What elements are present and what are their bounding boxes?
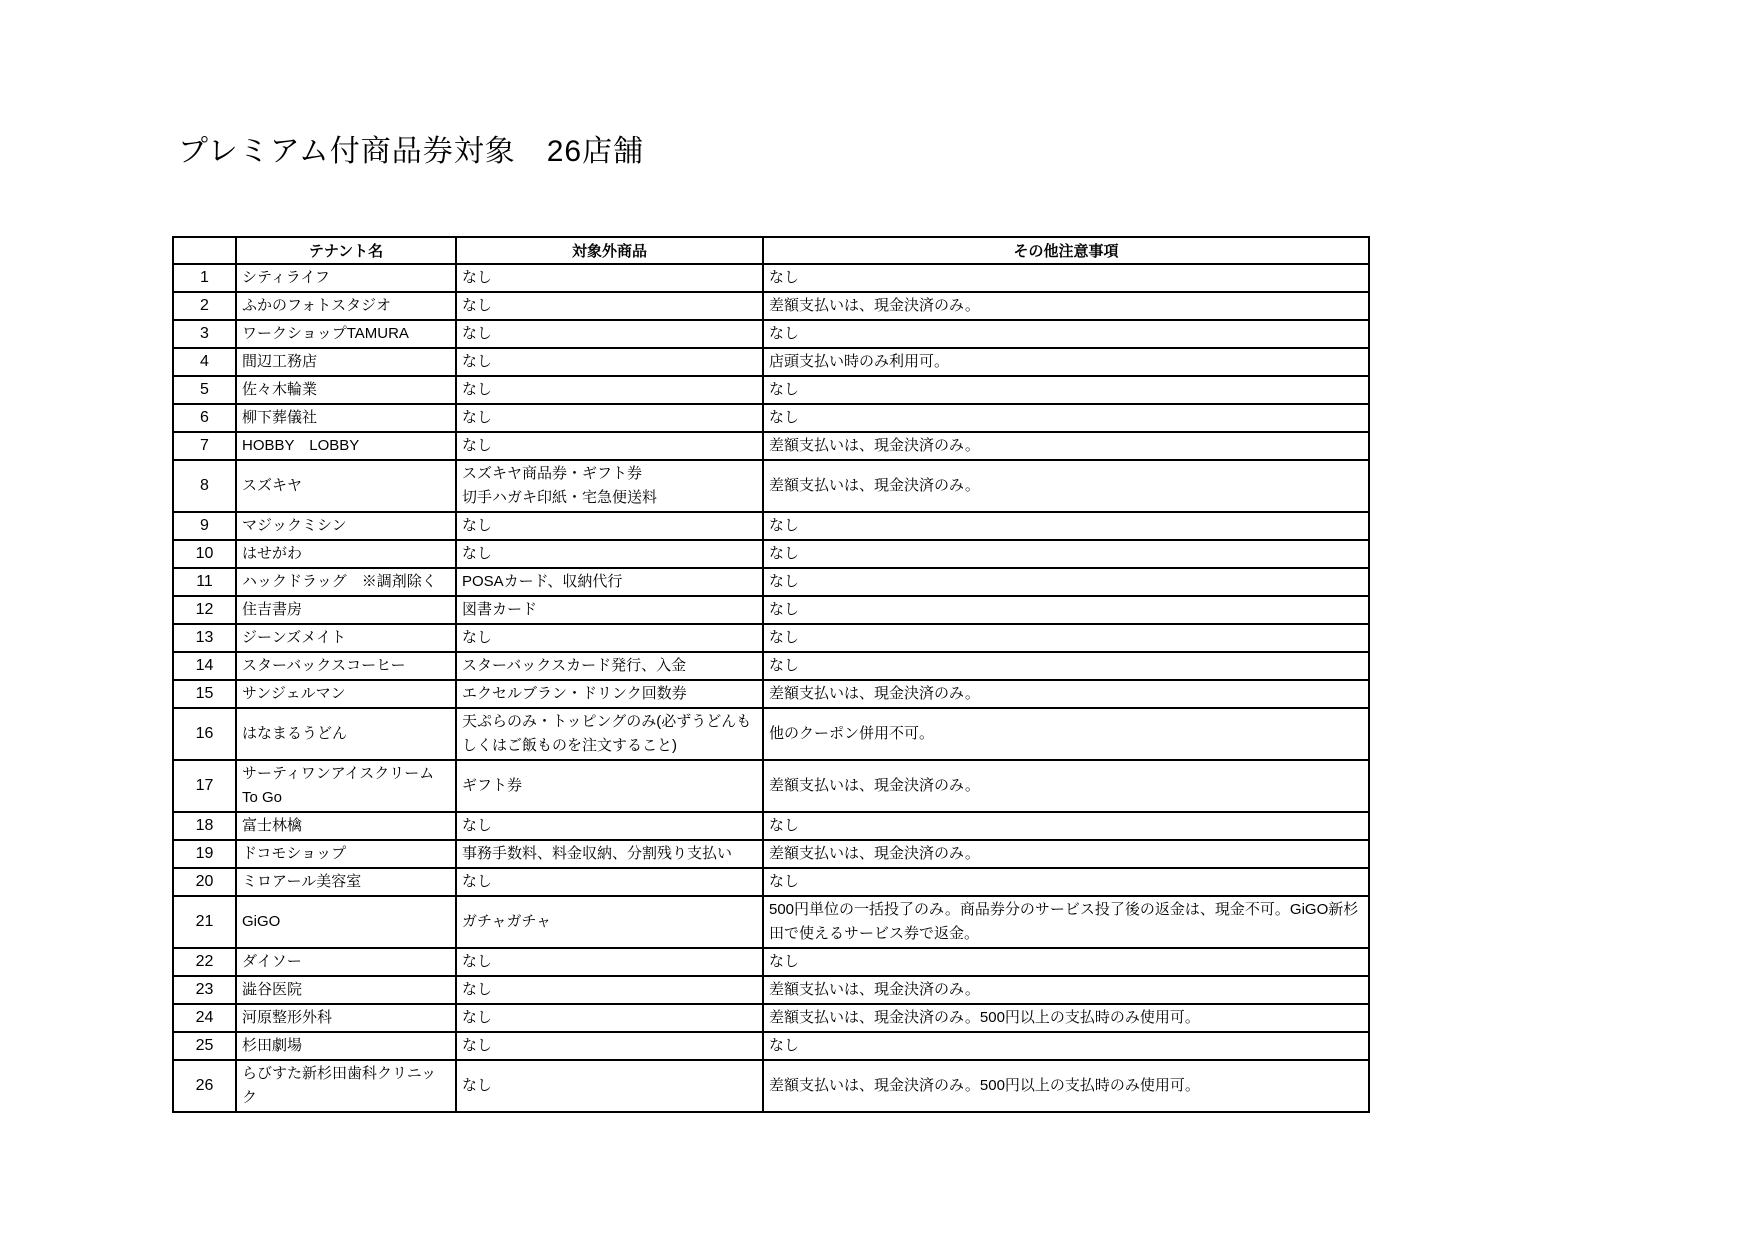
- table-header: テナント名 対象外商品 その他注意事項: [173, 237, 1369, 264]
- table-body: 1 シティライフ なし なし 2 ふかのフォトスタジオ なし 差額支払いは、現金…: [173, 264, 1369, 1112]
- header-tenant-name: テナント名: [236, 237, 456, 264]
- other-notes-cell: なし: [763, 376, 1369, 404]
- table-row: 23 澁谷医院 なし 差額支払いは、現金決済のみ。: [173, 976, 1369, 1004]
- row-number-cell: 24: [173, 1004, 236, 1032]
- table-row: 18 富士林檎 なし なし: [173, 812, 1369, 840]
- other-notes-cell: 店頭支払い時のみ利用可。: [763, 348, 1369, 376]
- tenant-name-cell: はなまるうどん: [236, 708, 456, 760]
- table-row: 13 ジーンズメイト なし なし: [173, 624, 1369, 652]
- row-number-cell: 20: [173, 868, 236, 896]
- table-row: 16 はなまるうどん 天ぷらのみ・トッピングのみ(必ずうどんもしくはご飯ものを注…: [173, 708, 1369, 760]
- table-row: 22 ダイソー なし なし: [173, 948, 1369, 976]
- table-row: 14 スターバックスコーヒー スターバックスカード発行、入金 なし: [173, 652, 1369, 680]
- row-number-cell: 9: [173, 512, 236, 540]
- other-notes-cell: 差額支払いは、現金決済のみ。: [763, 840, 1369, 868]
- table-row: 12 住吉書房 図書カード なし: [173, 596, 1369, 624]
- other-notes-cell: 差額支払いは、現金決済のみ。: [763, 460, 1369, 512]
- excluded-products-cell: なし: [456, 1004, 763, 1032]
- row-number-cell: 5: [173, 376, 236, 404]
- row-number-cell: 2: [173, 292, 236, 320]
- row-number-cell: 11: [173, 568, 236, 596]
- other-notes-cell: なし: [763, 404, 1369, 432]
- excluded-products-cell: なし: [456, 1032, 763, 1060]
- excluded-products-cell: なし: [456, 264, 763, 292]
- table-row: 26 らびすた新杉田歯科クリニック なし 差額支払いは、現金決済のみ。500円以…: [173, 1060, 1369, 1112]
- tenant-name-cell: ミロアール美容室: [236, 868, 456, 896]
- row-number-cell: 17: [173, 760, 236, 812]
- row-number-cell: 8: [173, 460, 236, 512]
- other-notes-cell: なし: [763, 868, 1369, 896]
- tenant-name-cell: ワークショップTAMURA: [236, 320, 456, 348]
- other-notes-cell: 500円単位の一括投了のみ。商品券分のサービス投了後の返金は、現金不可。GiGO…: [763, 896, 1369, 948]
- other-notes-cell: なし: [763, 568, 1369, 596]
- tenant-name-cell: 河原整形外科: [236, 1004, 456, 1032]
- excluded-products-cell: なし: [456, 976, 763, 1004]
- tenant-name-cell: ダイソー: [236, 948, 456, 976]
- table-row: 6 柳下葬儀社 なし なし: [173, 404, 1369, 432]
- tenant-name-cell: ドコモショップ: [236, 840, 456, 868]
- tenant-name-cell: 富士林檎: [236, 812, 456, 840]
- excluded-products-cell: なし: [456, 292, 763, 320]
- row-number-cell: 13: [173, 624, 236, 652]
- other-notes-cell: なし: [763, 320, 1369, 348]
- table-row: 4 間辺工務店 なし 店頭支払い時のみ利用可。: [173, 348, 1369, 376]
- row-number-cell: 14: [173, 652, 236, 680]
- other-notes-cell: 差額支払いは、現金決済のみ。: [763, 432, 1369, 460]
- tenant-name-cell: ジーンズメイト: [236, 624, 456, 652]
- row-number-cell: 4: [173, 348, 236, 376]
- table-row: 25 杉田劇場 なし なし: [173, 1032, 1369, 1060]
- other-notes-cell: なし: [763, 540, 1369, 568]
- tenant-name-cell: ふかのフォトスタジオ: [236, 292, 456, 320]
- row-number-cell: 18: [173, 812, 236, 840]
- table-row: 3 ワークショップTAMURA なし なし: [173, 320, 1369, 348]
- other-notes-cell: 差額支払いは、現金決済のみ。: [763, 760, 1369, 812]
- excluded-products-cell: なし: [456, 948, 763, 976]
- row-number-cell: 12: [173, 596, 236, 624]
- table-row: 11 ハックドラッグ ※調剤除く POSAカード、収納代行 なし: [173, 568, 1369, 596]
- excluded-products-cell: 天ぷらのみ・トッピングのみ(必ずうどんもしくはご飯ものを注文すること): [456, 708, 763, 760]
- row-number-cell: 25: [173, 1032, 236, 1060]
- other-notes-cell: なし: [763, 264, 1369, 292]
- table-row: 10 はせがわ なし なし: [173, 540, 1369, 568]
- row-number-cell: 19: [173, 840, 236, 868]
- table-row: 1 シティライフ なし なし: [173, 264, 1369, 292]
- table-row: 20 ミロアール美容室 なし なし: [173, 868, 1369, 896]
- other-notes-cell: 差額支払いは、現金決済のみ。500円以上の支払時のみ使用可。: [763, 1060, 1369, 1112]
- row-number-cell: 3: [173, 320, 236, 348]
- tenant-name-cell: はせがわ: [236, 540, 456, 568]
- other-notes-cell: 他のクーポン併用不可。: [763, 708, 1369, 760]
- tenant-name-cell: サンジェルマン: [236, 680, 456, 708]
- excluded-products-cell: なし: [456, 812, 763, 840]
- tenant-name-cell: 佐々木輪業: [236, 376, 456, 404]
- excluded-products-cell: スズキヤ商品券・ギフト券 切手ハガキ印紙・宅急便送料: [456, 460, 763, 512]
- document-page: プレミアム付商品券対象 26店舗 テナント名 対象外商品 その他注意事項 1 シ…: [0, 0, 1754, 1240]
- excluded-products-cell: なし: [456, 404, 763, 432]
- other-notes-cell: なし: [763, 596, 1369, 624]
- table-row: 5 佐々木輪業 なし なし: [173, 376, 1369, 404]
- tenant-name-cell: シティライフ: [236, 264, 456, 292]
- table-row: 17 サーティワンアイスクリームTo Go ギフト券 差額支払いは、現金決済のみ…: [173, 760, 1369, 812]
- header-other-notes: その他注意事項: [763, 237, 1369, 264]
- tenant-name-cell: らびすた新杉田歯科クリニック: [236, 1060, 456, 1112]
- excluded-products-cell: なし: [456, 348, 763, 376]
- other-notes-cell: 差額支払いは、現金決済のみ。: [763, 976, 1369, 1004]
- row-number-cell: 22: [173, 948, 236, 976]
- header-excluded-products: 対象外商品: [456, 237, 763, 264]
- table-row: 9 マジックミシン なし なし: [173, 512, 1369, 540]
- row-number-cell: 26: [173, 1060, 236, 1112]
- excluded-products-cell: エクセルブラン・ドリンク回数券: [456, 680, 763, 708]
- tenant-name-cell: マジックミシン: [236, 512, 456, 540]
- other-notes-cell: 差額支払いは、現金決済のみ。: [763, 292, 1369, 320]
- table-row: 19 ドコモショップ 事務手数料、料金収納、分割残り支払い 差額支払いは、現金決…: [173, 840, 1369, 868]
- tenant-name-cell: サーティワンアイスクリームTo Go: [236, 760, 456, 812]
- tenant-name-cell: 住吉書房: [236, 596, 456, 624]
- header-row: テナント名 対象外商品 その他注意事項: [173, 237, 1369, 264]
- excluded-products-cell: なし: [456, 320, 763, 348]
- excluded-products-cell: なし: [456, 432, 763, 460]
- table-row: 2 ふかのフォトスタジオ なし 差額支払いは、現金決済のみ。: [173, 292, 1369, 320]
- excluded-products-cell: なし: [456, 868, 763, 896]
- table-row: 24 河原整形外科 なし 差額支払いは、現金決済のみ。500円以上の支払時のみ使…: [173, 1004, 1369, 1032]
- excluded-products-cell: なし: [456, 540, 763, 568]
- tenant-table: テナント名 対象外商品 その他注意事項 1 シティライフ なし なし 2 ふかの…: [172, 236, 1370, 1113]
- other-notes-cell: なし: [763, 812, 1369, 840]
- other-notes-cell: なし: [763, 652, 1369, 680]
- table-row: 8 スズキヤ スズキヤ商品券・ギフト券 切手ハガキ印紙・宅急便送料 差額支払いは…: [173, 460, 1369, 512]
- tenant-name-cell: スズキヤ: [236, 460, 456, 512]
- excluded-products-cell: ガチャガチャ: [456, 896, 763, 948]
- page-title: プレミアム付商品券対象 26店舗: [178, 126, 644, 170]
- other-notes-cell: 差額支払いは、現金決済のみ。: [763, 680, 1369, 708]
- tenant-name-cell: HOBBY LOBBY: [236, 432, 456, 460]
- other-notes-cell: なし: [763, 1032, 1369, 1060]
- row-number-cell: 1: [173, 264, 236, 292]
- row-number-cell: 23: [173, 976, 236, 1004]
- table-row: 7 HOBBY LOBBY なし 差額支払いは、現金決済のみ。: [173, 432, 1369, 460]
- other-notes-cell: なし: [763, 948, 1369, 976]
- excluded-products-cell: POSAカード、収納代行: [456, 568, 763, 596]
- header-number: [173, 237, 236, 264]
- row-number-cell: 16: [173, 708, 236, 760]
- row-number-cell: 10: [173, 540, 236, 568]
- excluded-products-cell: スターバックスカード発行、入金: [456, 652, 763, 680]
- excluded-products-cell: 図書カード: [456, 596, 763, 624]
- table-row: 15 サンジェルマン エクセルブラン・ドリンク回数券 差額支払いは、現金決済のみ…: [173, 680, 1369, 708]
- row-number-cell: 7: [173, 432, 236, 460]
- tenant-name-cell: 杉田劇場: [236, 1032, 456, 1060]
- other-notes-cell: なし: [763, 624, 1369, 652]
- other-notes-cell: なし: [763, 512, 1369, 540]
- row-number-cell: 15: [173, 680, 236, 708]
- excluded-products-cell: なし: [456, 512, 763, 540]
- table-row: 21 GiGO ガチャガチャ 500円単位の一括投了のみ。商品券分のサービス投了…: [173, 896, 1369, 948]
- row-number-cell: 21: [173, 896, 236, 948]
- tenant-name-cell: ハックドラッグ ※調剤除く: [236, 568, 456, 596]
- tenant-name-cell: GiGO: [236, 896, 456, 948]
- tenant-name-cell: 柳下葬儀社: [236, 404, 456, 432]
- excluded-products-cell: 事務手数料、料金収納、分割残り支払い: [456, 840, 763, 868]
- row-number-cell: 6: [173, 404, 236, 432]
- tenant-name-cell: スターバックスコーヒー: [236, 652, 456, 680]
- excluded-products-cell: ギフト券: [456, 760, 763, 812]
- tenant-name-cell: 間辺工務店: [236, 348, 456, 376]
- other-notes-cell: 差額支払いは、現金決済のみ。500円以上の支払時のみ使用可。: [763, 1004, 1369, 1032]
- tenant-name-cell: 澁谷医院: [236, 976, 456, 1004]
- excluded-products-cell: なし: [456, 376, 763, 404]
- excluded-products-cell: なし: [456, 624, 763, 652]
- excluded-products-cell: なし: [456, 1060, 763, 1112]
